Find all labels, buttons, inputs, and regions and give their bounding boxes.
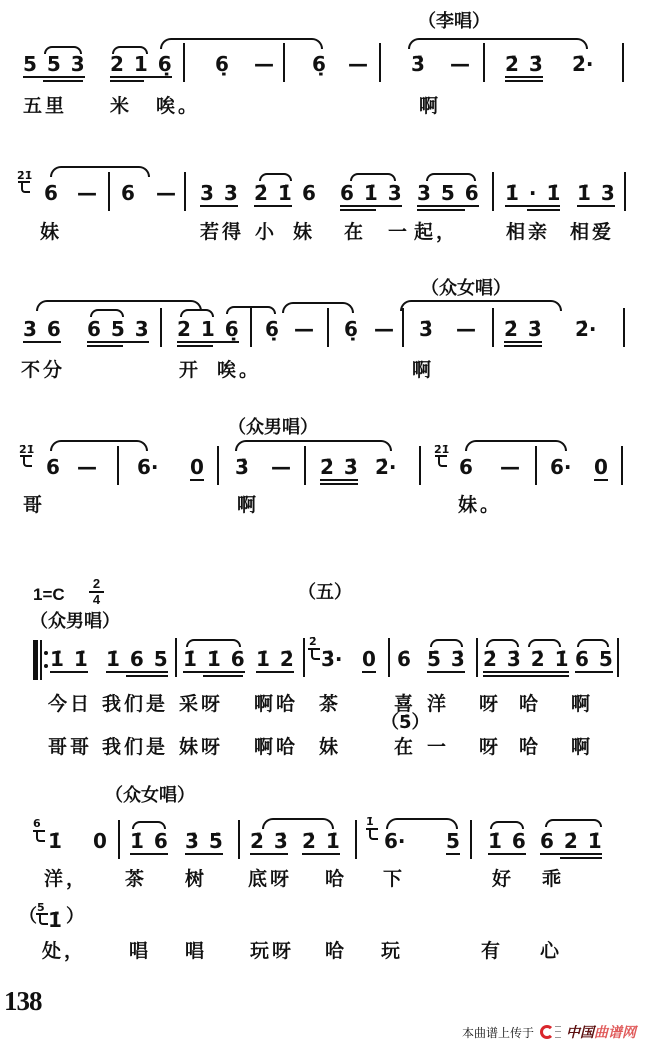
lyric-verse-1: 今日 [48,694,92,714]
tie [465,440,567,451]
note-group: 1̇ 1̇ 6 [183,647,245,673]
note-group: 1̇ 6 [130,829,168,855]
watermark-prefix: 本曲谱上传于 [462,1024,534,1041]
slur [350,173,396,181]
slur [408,38,588,49]
lyric: 相亲 [506,222,550,242]
beam-line [43,80,83,82]
dotted-note: 3̇· [321,647,343,671]
note-group: 3 5 6 [417,181,479,207]
page-number: 138 [4,987,42,1015]
lyric: 唱 [185,941,207,961]
grace-note: 1̇ [366,816,374,827]
lyric-verse-1: 茶 [319,694,341,714]
note-group: 2 1 6̣ [110,52,172,78]
note: 6̇ [397,647,411,671]
slur [430,639,463,647]
barline [617,638,619,677]
site-logo-icon [540,1025,554,1039]
slur [545,819,602,827]
barline [160,308,162,347]
slur [486,639,519,647]
lyric-verse-2: 一 [427,737,449,757]
barline [175,638,177,677]
barline [483,43,485,82]
dotted-note: 6· [384,829,406,853]
key-signature: 1=C [33,585,65,605]
dotted-note: 2̇· [375,455,397,479]
barline [217,446,219,485]
note-group: 2̇ 3̇ [320,455,358,481]
lyric-verse-1: 我们是 [102,694,168,714]
rest: 0 [190,455,204,481]
lyric: 妹 [40,222,62,242]
grace-mark-icon [438,457,447,467]
lyric: 开 [179,360,201,380]
lyric-verse-2: 妹 [319,737,341,757]
lyric: 妹。 [458,495,502,515]
sustain-dash: — [156,181,176,205]
grace-note: 2̇1̇ [19,444,34,455]
lyric: 底呀 [248,869,292,889]
note-group: 1̇ · 1̇ [505,181,560,207]
beam-line [110,80,144,82]
lyric: 哥 [23,495,45,515]
lyric: 唱 [129,941,151,961]
note: 6 [459,455,473,479]
barline [117,446,119,485]
grace-mark-icon [21,183,30,193]
lyric: 相爱 [570,222,614,242]
dotted-note: 6· [550,455,572,479]
slur [262,818,334,829]
beam-line [203,675,243,677]
barline [327,308,329,347]
barline [419,446,421,485]
grace-mark-icon [39,915,48,925]
lyric: 树 [185,869,207,889]
rest: 0 [594,455,608,481]
lyric: 哈 [325,941,347,961]
watermark-brand-primary: 中国 [566,1022,594,1042]
lyric: 洋， [44,869,88,889]
lyric-verse-1: 啊哈 [254,694,298,714]
dotted-note: 2̇· [575,317,597,341]
lyric: 心 [540,941,562,961]
lyric-verse-1: 啊 [571,694,593,714]
slur [490,821,524,829]
barline [622,43,624,82]
barline [183,43,185,82]
note-group: 5 5 3 [23,52,85,78]
note: 1̇ [48,908,62,932]
lyric: 处， [42,941,86,961]
grace-note: 2̇1̇ [434,444,449,455]
tie [50,166,150,177]
lyric-verse-2: 呀 [479,737,501,757]
lyric: 若得 [200,222,244,242]
watermark-brand-secondary: 曲谱网 [594,1022,636,1042]
section-title: （五） [298,583,352,603]
note-group: 3 6 [23,317,61,343]
grace-mark-icon [311,650,320,660]
variant-note: （5̇） [381,713,430,733]
note-group: 2̇ 3̇ [250,829,288,855]
lyric: 啊 [412,360,434,380]
slur [400,300,562,311]
tie [50,440,148,451]
lyric: 小 [255,222,277,242]
sustain-dash: — [271,455,291,479]
lyric-verse-1: 喜 [394,694,416,714]
rest: 0 [362,647,376,673]
barline [476,638,478,677]
beam-line [560,857,602,859]
barline [118,820,120,859]
dotted-note: 6· [137,455,159,479]
note: 6̣ [312,52,326,76]
note: 6 [46,455,60,479]
barline [624,172,626,211]
lyric: 茶 [125,869,147,889]
lyric: 有 [481,941,503,961]
lyric: 哈 [325,869,347,889]
slur [186,639,241,647]
barline [304,446,306,485]
repeat-dot [44,651,48,655]
note-group: 2̇ 1̇ [254,181,292,207]
note: 6̣ [265,317,279,341]
lyric-verse-2: 妹呀 [179,737,223,757]
score-page: （李唱） 5 5 3 2 1 6̣ 6̣ — 6̣ — 3̇ — 2̇ 3̇ 2… [0,0,650,1047]
site-logo-lines-icon [555,1026,561,1038]
note: 6 [302,181,316,205]
lyric: 玩呀 [250,941,294,961]
sustain-dash: — [450,52,470,76]
beam-line [177,345,213,347]
note: 6̣ [215,52,229,76]
lyric: 不分 [21,360,65,380]
lyric: 下 [383,869,405,889]
barline [250,308,252,347]
grace-mark-icon [23,457,32,467]
note: 5 [446,829,460,855]
note-group: 3 3 [200,181,238,207]
barline [470,820,472,859]
note-group: 6 5 3 [87,317,149,343]
note: 6 [44,181,58,205]
slur [90,309,124,317]
lyric: 五里 [23,96,67,116]
note-group: 6 1̇ 3 [340,181,402,207]
note-group: 5̇ 3̇ [427,647,465,673]
lyric: 好 [492,869,514,889]
tie [282,302,354,313]
barline [492,308,494,347]
note: 3̇ [419,317,433,341]
lyric: 啊 [237,495,259,515]
slur [386,818,458,829]
lyric: 唉。 [156,96,200,116]
lyric-verse-2: 啊哈 [254,737,298,757]
barline [355,820,357,859]
note-group: 1̇ 2̇ [256,647,294,673]
note: 6̣ [344,317,358,341]
note: 3̇ [411,52,425,76]
note-group: 2̇ 3̇ [504,317,542,343]
lyric: 米 [110,96,132,116]
lyric-verse-1: 呀 [479,694,501,714]
lyric: 玩 [381,941,403,961]
barline [388,638,390,677]
dotted-note: 2̇· [572,52,594,76]
note: 6 [121,181,135,205]
lyric: 起， [414,222,458,242]
beam-line [527,209,560,211]
sustain-dash: — [500,455,520,479]
grace-note: 6 [33,818,41,829]
part-label: （李唱） [418,12,490,32]
lyric-verse-1: 哈 [519,694,541,714]
note-group: 2 1 6̣ [177,317,239,343]
note-group: 6 5 [575,647,613,673]
grace-note: 2̇1̇ [17,170,32,181]
barline [108,172,110,211]
slur [528,639,561,647]
note-group: 2̇ 3̇ [505,52,543,78]
part-label: （众女唱） [421,279,511,299]
barline [492,172,494,211]
barline [184,172,186,211]
watermark: 本曲谱上传于 中国 曲谱网 [462,1023,636,1041]
barline [402,308,404,347]
lyric-verse-2: 啊 [571,737,593,757]
barline [303,638,305,677]
beam-line [417,209,465,211]
barline [238,820,240,859]
alt-ending-close-paren: ） [66,907,84,927]
lyric-verse-1: 采呀 [179,694,223,714]
sustain-dash: — [456,317,476,341]
lyric-verse-2: 在 [394,737,416,757]
part-label: （众女唱） [105,786,195,806]
note: 3̇ [235,455,249,479]
lyric: 妹 [293,222,315,242]
lyric: 啊 [419,96,441,116]
time-signature-denominator: 4 [89,594,104,606]
lyric-verse-2: 哈 [519,737,541,757]
lyric: 一 [388,222,410,242]
grace-mark-icon [36,832,45,842]
note-group: 2̇ 3̇ 2̇ 1̇ [483,647,569,673]
repeat-dot [44,664,48,668]
note: 1̇ [48,829,62,853]
slur [235,440,392,451]
barline [283,43,285,82]
lyric-verse-1: 洋 [427,694,449,714]
barline [623,308,625,347]
barline [379,43,381,82]
lyric-verse-2: 哥哥 [48,737,92,757]
note-group: 2̇ 1̇ [302,829,340,855]
lyric: 乖 [542,869,564,889]
barline [621,446,623,485]
note-group: 1̇ 6 5 [106,647,168,673]
slur [132,821,166,829]
part-label: （众男唱） [30,612,120,632]
lyric: 在 [344,222,366,242]
note-group: 1̇ 3 [577,181,615,207]
alt-ending-open-paren: （ [19,907,37,927]
sustain-dash: — [348,52,368,76]
time-signature-numerator: 2 [89,578,104,590]
rest: 0 [93,829,107,853]
sustain-dash: — [374,317,394,341]
grace-note: 5 [37,902,45,913]
slur [426,173,476,181]
note-group: 3̇ 5̇ [185,829,223,855]
slur [180,309,214,317]
lyric: 唉。 [217,360,261,380]
beam-line [87,345,123,347]
repeat-start-icon [33,640,38,680]
lyric-verse-2: 我们是 [102,737,168,757]
sustain-dash: — [77,181,97,205]
sustain-dash: — [294,317,314,341]
part-label: （众男唱） [228,418,318,438]
grace-mark-icon [369,830,378,840]
slur [577,639,609,647]
note-group: 1̇ 6 [488,829,526,855]
beam-line [340,209,376,211]
sustain-dash: — [77,455,97,479]
sustain-dash: — [254,52,274,76]
barline [535,446,537,485]
note-group: 1̇ 1̇ [50,647,88,673]
slur [259,173,292,181]
grace-note: 2̇ [309,636,317,647]
time-signature: 2 4 [89,578,104,606]
repeat-start-thin-bar [40,640,42,680]
note-group: 6 2̇ 1̇ [540,829,602,855]
beam-line [126,675,168,677]
